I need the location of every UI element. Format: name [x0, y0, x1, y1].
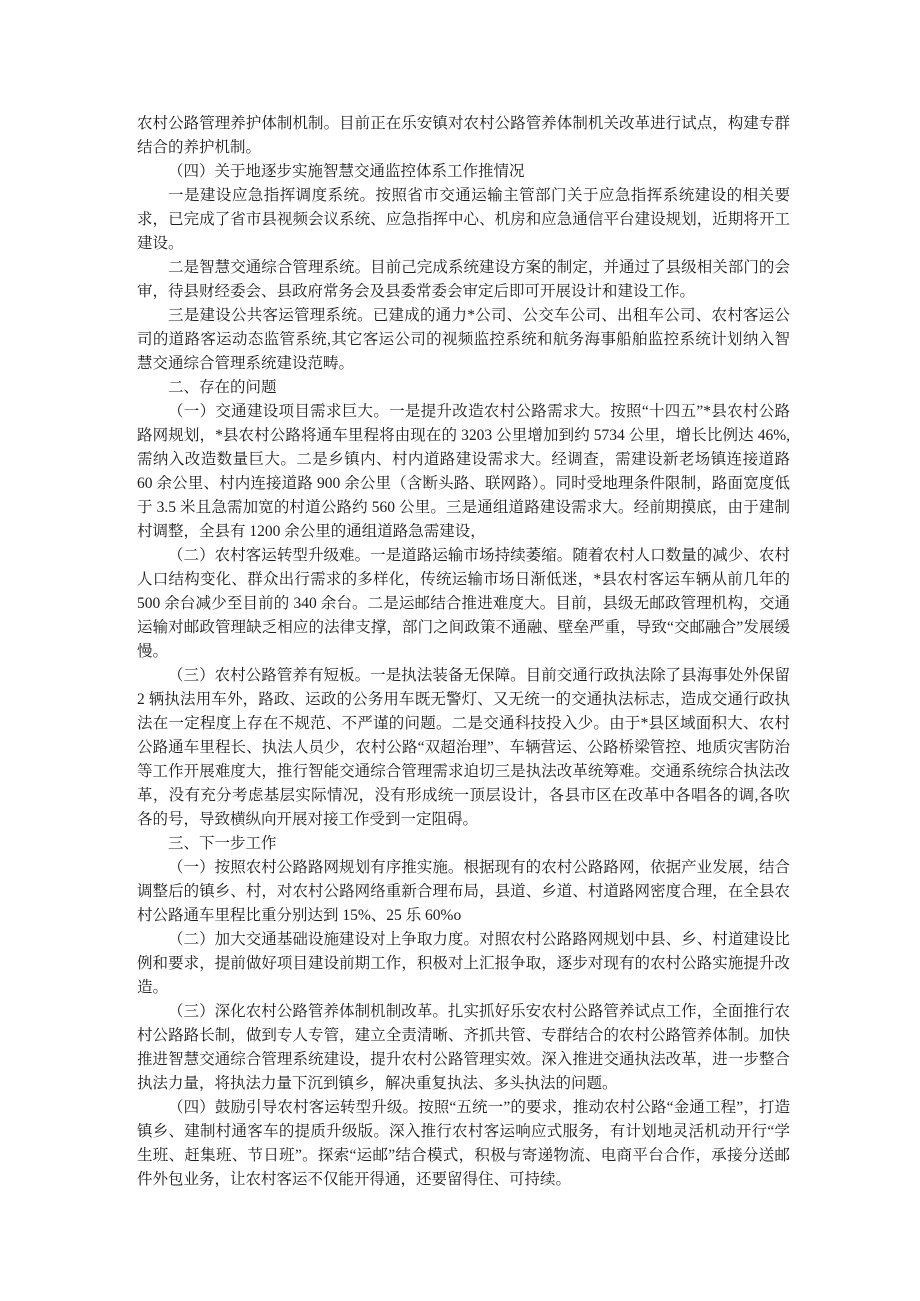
- paragraph: （一）交通建设项目需求巨大。一是提升改造农村公路需求大。按照“十四五”*县农村公…: [137, 400, 790, 544]
- paragraph: （三）深化农村公路管养体制机制改革。扎实抓好乐安农村公路管养试点工作，全面推行农…: [137, 1000, 790, 1096]
- section-heading: 二、存在的问题: [137, 376, 790, 400]
- paragraph: （一）按照农村公路路网规划有序推实施。根据现有的农村公路路网，依据产业发展，结合…: [137, 856, 790, 928]
- paragraph: （二）农村客运转型升级难。一是道路运输市场持续萎缩。随着农村人口数量的减少、农村…: [137, 544, 790, 664]
- document-page: 农村公路管理养护体制机制。目前正在乐安镇对农村公路管养体制机关改革进行试点，构建…: [0, 0, 920, 1301]
- document-screenshot: { "page": { "background": "#ffffff", "te…: [0, 0, 920, 1301]
- sub-section-heading: （四）关于地逐步实施智慧交通监控体系工作推情况: [137, 160, 790, 184]
- paragraph: 二是智慧交通综合管理系统。目前己完成系统建设方案的制定，并通过了县级相关部门的会…: [137, 256, 790, 304]
- section-heading: 三、下一步工作: [137, 832, 790, 856]
- paragraph: 三是建设公共客运管理系统。已建成的通力*公司、公交车公司、出租车公司、农村客运公…: [137, 304, 790, 376]
- document-body: 农村公路管理养护体制机制。目前正在乐安镇对农村公路管养体制机关改革进行试点，构建…: [137, 112, 790, 1192]
- paragraph: （四）鼓励引导农村客运转型升级。按照“五统一”的要求，推动农村公路“金通工程”，…: [137, 1096, 790, 1192]
- paragraph: 一是建设应急指挥调度系统。按照省市交通运输主管部门关于应急指挥系统建设的相关要求…: [137, 184, 790, 256]
- paragraph: （二）加大交通基础设施建设对上争取力度。对照农村公路路网规划中县、乡、村道建设比…: [137, 928, 790, 1000]
- paragraph: （三）农村公路管养有短板。一是执法装备无保障。目前交通行政执法除了县海事处外保留…: [137, 664, 790, 832]
- paragraph: 农村公路管理养护体制机制。目前正在乐安镇对农村公路管养体制机关改革进行试点，构建…: [137, 112, 790, 160]
